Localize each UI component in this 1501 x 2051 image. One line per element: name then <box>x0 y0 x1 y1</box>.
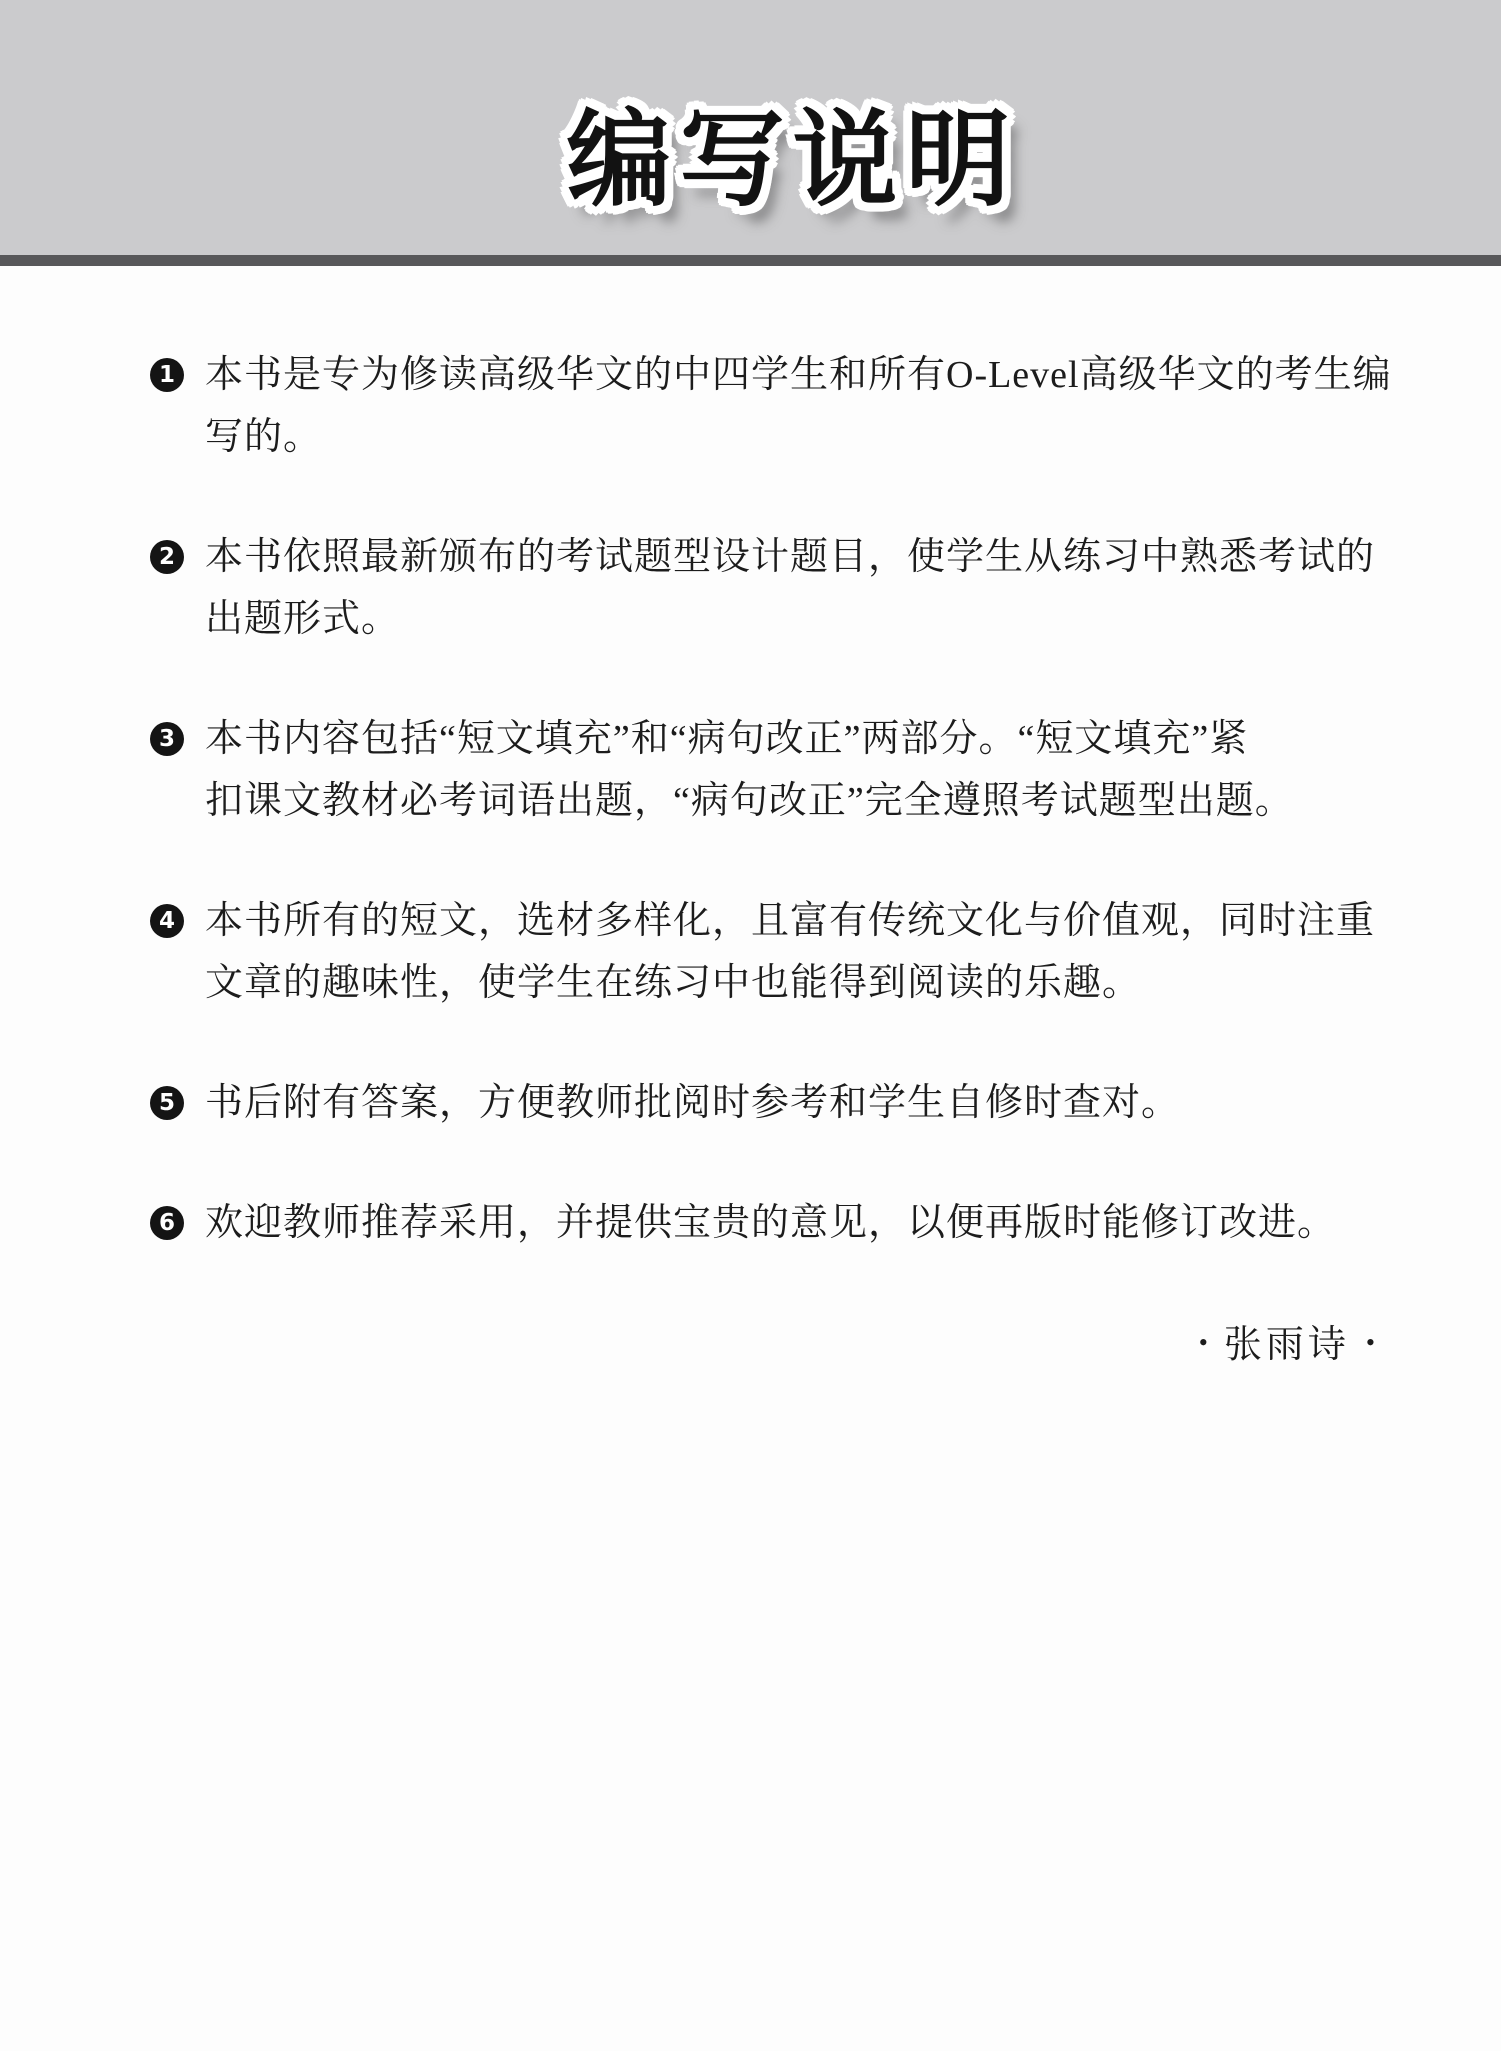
notes-list: 1 本书是专为修读高级华文的中四学生和所有O-Level高级华文的考生编 写的。… <box>0 266 1501 1376</box>
note-item-4: 4 本书所有的短文，选材多样化，且富有传统文化与价值观，同时注重 文章的趣味性，… <box>150 890 1435 1014</box>
note-item-5: 5 书后附有答案，方便教师批阅时参考和学生自修时查对。 <box>150 1072 1435 1134</box>
signature-dot-right: • <box>1366 1312 1375 1374</box>
note-line: 本书依照最新颁布的考试题型设计题目，使学生从练习中熟悉考试的 <box>205 526 1435 588</box>
note-item-6: 6 欢迎教师推荐采用，并提供宝贵的意见，以便再版时能修订改进。 <box>150 1192 1435 1254</box>
item-number-badge: 6 <box>150 1206 184 1240</box>
note-item-3: 3 本书内容包括“短文填充”和“病句改正”两部分。“短文填充”紧 扣课文教材必考… <box>150 708 1435 832</box>
header-band: 编写说明 <box>0 0 1501 255</box>
signature-dot-left: • <box>1199 1312 1208 1374</box>
item-number-badge: 4 <box>150 904 184 938</box>
author-signature: •张雨诗• <box>150 1312 1435 1376</box>
note-line: 书后附有答案，方便教师批阅时参考和学生自修时查对。 <box>205 1072 1435 1134</box>
header-divider <box>0 255 1501 266</box>
item-number-badge: 2 <box>150 540 184 574</box>
note-line: 出题形式。 <box>205 588 1435 650</box>
note-line: 写的。 <box>205 406 1435 468</box>
note-item-2: 2 本书依照最新颁布的考试题型设计题目，使学生从练习中熟悉考试的 出题形式。 <box>150 526 1435 650</box>
note-line: 文章的趣味性，使学生在练习中也能得到阅读的乐趣。 <box>205 952 1435 1014</box>
note-line: 本书是专为修读高级华文的中四学生和所有O-Level高级华文的考生编 <box>205 344 1435 406</box>
note-item-1: 1 本书是专为修读高级华文的中四学生和所有O-Level高级华文的考生编 写的。 <box>150 344 1435 468</box>
note-line: 欢迎教师推荐采用，并提供宝贵的意见，以便再版时能修订改进。 <box>205 1192 1435 1254</box>
note-line: 本书所有的短文，选材多样化，且富有传统文化与价值观，同时注重 <box>205 890 1435 952</box>
item-number-badge: 1 <box>150 358 184 392</box>
signature-name: 张雨诗 <box>1224 1324 1350 1366</box>
note-line: 扣课文教材必考词语出题，“病句改正”完全遵照考试题型出题。 <box>205 770 1435 832</box>
page-title: 编写说明 <box>566 76 1018 255</box>
note-line: 本书内容包括“短文填充”和“病句改正”两部分。“短文填充”紧 <box>205 708 1435 770</box>
item-number-badge: 5 <box>150 1086 184 1120</box>
item-number-badge: 3 <box>150 722 184 756</box>
